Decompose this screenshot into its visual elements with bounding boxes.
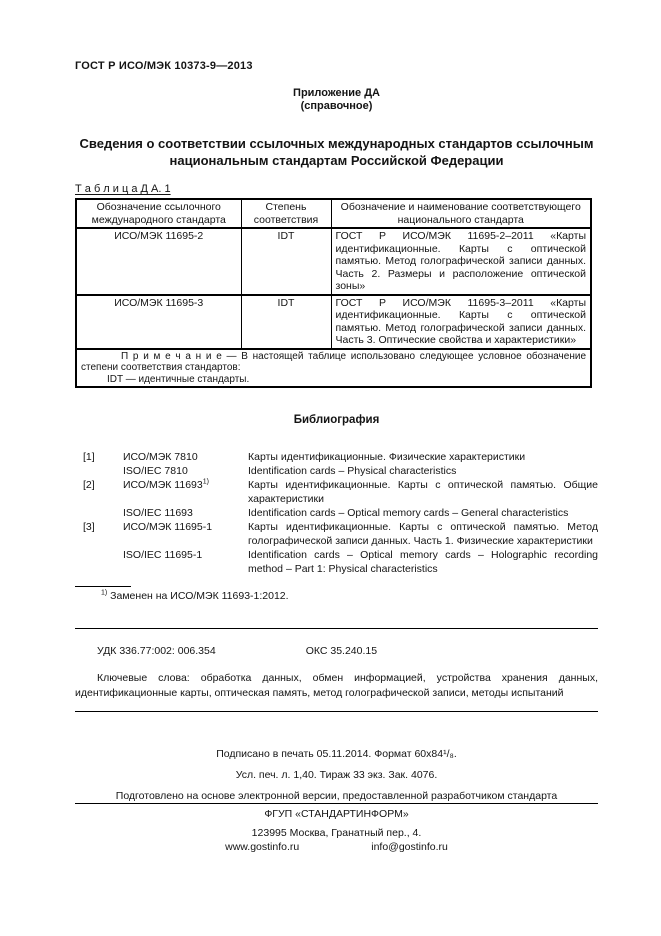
imprint-print-line: Подписано в печать 05.11.2014. Формат 60… bbox=[75, 748, 598, 760]
bib-entry-code: ISO/IEC 11695-1 bbox=[123, 548, 248, 562]
imprint-volume-line: Усл. печ. л. 1,40. Тираж 33 экз. Зак. 40… bbox=[75, 769, 598, 781]
bib-code-text: ИСО/МЭК 11695-1 bbox=[123, 521, 212, 533]
publisher-contacts: www.gostinfo.ru info@gostinfo.ru bbox=[75, 841, 598, 853]
bib-code-text: ISO/IEC 7810 bbox=[123, 465, 188, 477]
bibliography-list: [1] ИСО/МЭК 7810 Карты идентификационные… bbox=[75, 450, 598, 576]
bib-entry-desc: Identification cards – Physical characte… bbox=[248, 464, 598, 478]
header-reference-standard: Обозначение ссылочного международного ст… bbox=[76, 199, 241, 228]
bib-entry-code: ISO/IEC 11693 bbox=[123, 506, 248, 520]
bib-code-sup: 1) bbox=[203, 479, 209, 486]
bib-entry-code: ISO/IEC 7810 bbox=[123, 464, 248, 478]
bib-entry-code: ИСО/МЭК 11695-1 bbox=[123, 520, 248, 534]
table-row: ИСО/МЭК 11695-3 IDT ГОСТ Р ИСО/МЭК 11695… bbox=[76, 295, 591, 349]
table-row: ИСО/МЭК 11695-2 IDT ГОСТ Р ИСО/МЭК 11695… bbox=[76, 228, 591, 295]
bib-entry-num: [3] bbox=[83, 520, 123, 534]
section-divider bbox=[75, 628, 598, 629]
annex-kind: (справочное) bbox=[75, 100, 598, 113]
publisher-website: www.gostinfo.ru bbox=[225, 841, 299, 853]
cell-national-standard: ГОСТ Р ИСО/МЭК 11695-3–2011 «Карты идент… bbox=[331, 295, 591, 349]
table-head: Обозначение ссылочного международного ст… bbox=[76, 199, 591, 228]
table-label: Т а б л и ц а Д А. 1 bbox=[75, 183, 598, 196]
section-divider bbox=[75, 711, 598, 712]
annex-label: Приложение ДА bbox=[75, 87, 598, 100]
udk-code: УДК 336.77:002: 006.354 bbox=[97, 645, 216, 657]
bib-entry-desc: Карты идентификационные. Карты с оптичес… bbox=[248, 478, 598, 506]
cell-degree: IDT bbox=[241, 295, 331, 349]
bib-entry-desc: Карты идентификационные. Физические хара… bbox=[248, 450, 598, 464]
classification-codes: УДК 336.77:002: 006.354 ОКС 35.240.15 bbox=[75, 645, 598, 657]
footnote-divider bbox=[75, 586, 131, 587]
annex-heading: Приложение ДА (справочное) bbox=[75, 87, 598, 113]
table-note: П р и м е ч а н и е — В настоящей таблиц… bbox=[76, 349, 591, 388]
oks-code: ОКС 35.240.15 bbox=[306, 645, 377, 657]
table-body: ИСО/МЭК 11695-2 IDT ГОСТ Р ИСО/МЭК 11695… bbox=[76, 228, 591, 387]
page-title: Сведения о соответствии ссылочных междун… bbox=[75, 135, 598, 169]
table-note-idt: IDT — идентичные стандарты. bbox=[107, 374, 586, 386]
doc-code: ГОСТ Р ИСО/МЭК 10373-9—2013 bbox=[75, 60, 598, 72]
publisher-email: info@gostinfo.ru bbox=[371, 841, 448, 853]
bib-entry-num: [2] bbox=[83, 478, 123, 492]
bib-code-text: ИСО/МЭК 7810 bbox=[123, 451, 198, 463]
cell-national-standard: ГОСТ Р ИСО/МЭК 11695-2–2011 «Карты идент… bbox=[331, 228, 591, 295]
footnote-marker: 1) bbox=[101, 590, 107, 597]
table-header-row: Обозначение ссылочного международного ст… bbox=[76, 199, 591, 228]
footnote: 1) Заменен на ИСО/МЭК 11693-1:2012. bbox=[101, 590, 598, 602]
publisher-divider bbox=[75, 803, 598, 804]
table-note-row: П р и м е ч а н и е — В настоящей таблиц… bbox=[76, 349, 591, 388]
document-page: ГОСТ Р ИСО/МЭК 10373-9—2013 Приложение Д… bbox=[0, 0, 661, 936]
bib-entry-num: [1] bbox=[83, 450, 123, 464]
header-national-standard: Обозначение и наименование соответствующ… bbox=[331, 199, 591, 228]
publisher-name: ФГУП «СТАНДАРТИНФОРМ» bbox=[75, 808, 598, 820]
bib-entry-code: ИСО/МЭК 116931) bbox=[123, 478, 248, 492]
cell-reference-standard: ИСО/МЭК 11695-2 bbox=[76, 228, 241, 295]
correspondence-table: Обозначение ссылочного международного ст… bbox=[75, 198, 592, 388]
cell-degree: IDT bbox=[241, 228, 331, 295]
bib-entry-desc: Identification cards – Optical memory ca… bbox=[248, 548, 598, 576]
bibliography-heading: Библиография bbox=[75, 414, 598, 426]
publisher-address: 123995 Москва, Гранатный пер., 4. bbox=[75, 827, 598, 839]
imprint-prepared-line: Подготовлено на основе электронной верси… bbox=[75, 790, 598, 802]
cell-reference-standard: ИСО/МЭК 11695-3 bbox=[76, 295, 241, 349]
bib-entry-code: ИСО/МЭК 7810 bbox=[123, 450, 248, 464]
bib-entry-desc: Identification cards – Optical memory ca… bbox=[248, 506, 598, 520]
bib-code-text: ISO/IEC 11693 bbox=[123, 507, 193, 519]
header-degree: Степень соответствия bbox=[241, 199, 331, 228]
imprint-block: Подписано в печать 05.11.2014. Формат 60… bbox=[75, 748, 598, 802]
bib-code-text: ИСО/МЭК 11693 bbox=[123, 479, 203, 491]
bib-entry-desc: Карты идентификационные. Карты с оптичес… bbox=[248, 520, 598, 548]
keywords: Ключевые слова: обработка данных, обмен … bbox=[75, 671, 598, 700]
page-content: ГОСТ Р ИСО/МЭК 10373-9—2013 Приложение Д… bbox=[0, 0, 661, 853]
bib-code-text: ISO/IEC 11695-1 bbox=[123, 549, 202, 561]
table-note-text: П р и м е ч а н и е — В настоящей таблиц… bbox=[81, 351, 586, 374]
footnote-text: Заменен на ИСО/МЭК 11693-1:2012. bbox=[110, 590, 288, 602]
